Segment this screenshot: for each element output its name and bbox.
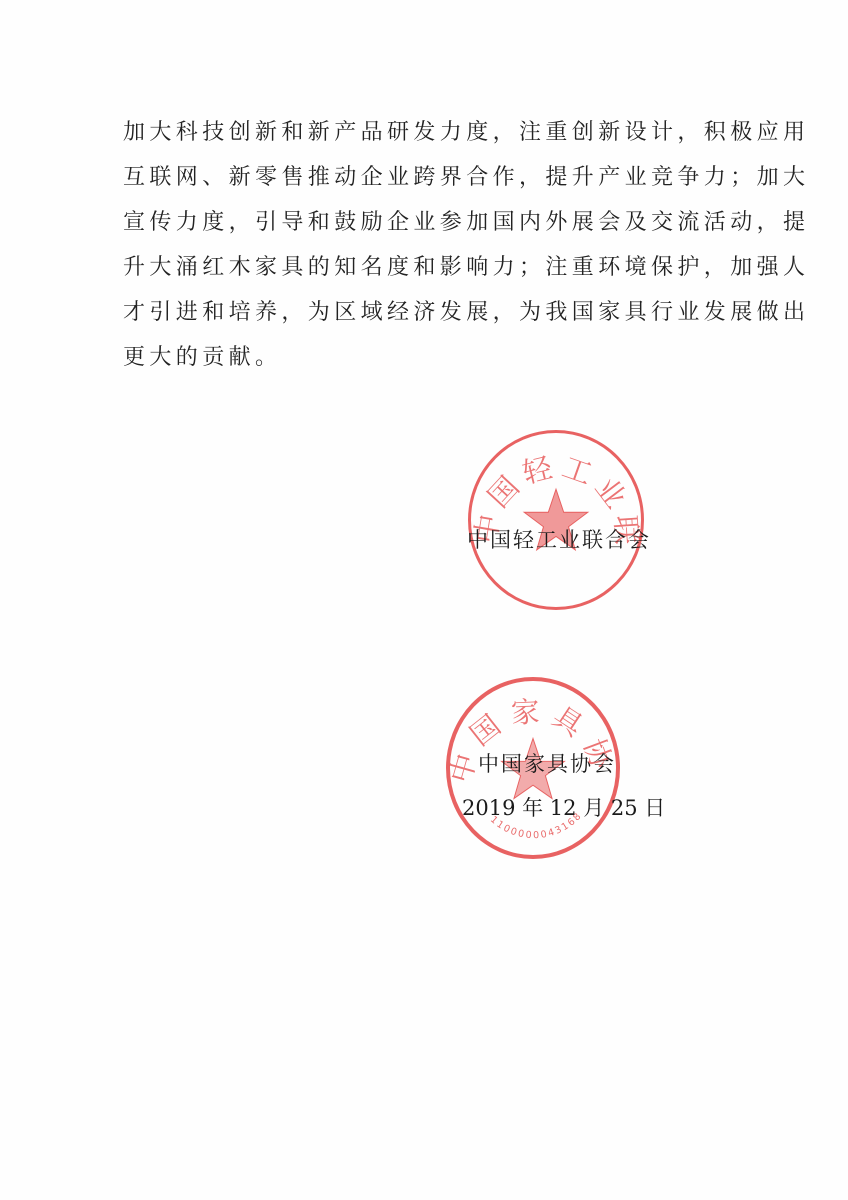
- body-paragraph: 加大科技创新和新产品研发力度，注重创新设计，积极应用 互联网、新零售推动企业跨界…: [123, 116, 735, 386]
- body-line: 更大的贡献。: [123, 341, 735, 386]
- body-line: 互联网、新零售推动企业跨界合作，提升产业竞争力；加大: [123, 161, 735, 206]
- body-line: 宣传力度，引导和鼓励企业参加国内外展会及交流活动，提: [123, 206, 735, 251]
- document-page: 加大科技创新和新产品研发力度，注重创新设计，积极应用 互联网、新零售推动企业跨界…: [0, 0, 848, 1200]
- seal-star-icon: 中国轻工业联合会: [471, 433, 641, 607]
- document-date: 2019 年 12 月 25 日: [462, 792, 665, 822]
- body-line: 升大涌红木家具的知名度和影响力；注重环境保护，加强人: [123, 251, 735, 296]
- official-seal-light-industry: 中国轻工业联合会: [468, 430, 644, 610]
- signatory-name: 中国家具协会: [478, 748, 616, 778]
- body-line: 才引进和培养，为区域经济发展，为我国家具行业发展做出: [123, 296, 735, 341]
- signatory-name: 中国轻工业联合会: [467, 524, 651, 554]
- body-line: 加大科技创新和新产品研发力度，注重创新设计，积极应用: [123, 116, 735, 161]
